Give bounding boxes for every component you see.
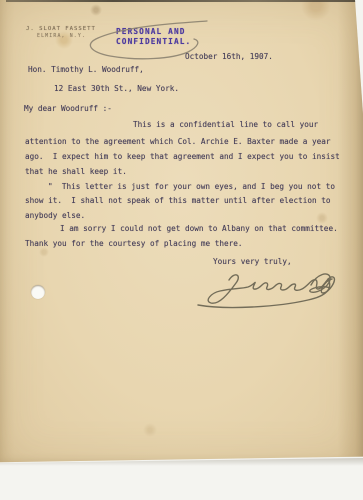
closing: Yours very truly, [213,257,292,267]
body-line: " This letter is just for your own eyes,… [48,182,335,192]
scanned-letter-page: J. SLOAT FASSETT ELMIRA, N.Y. PERSONAL A… [0,0,363,500]
signature [193,270,341,312]
body-line: that he shall keep it. [25,167,127,177]
letter-paper: J. SLOAT FASSETT ELMIRA, N.Y. PERSONAL A… [0,0,363,465]
recipient-name-line: Hon. Timothy L. Woodruff, [28,65,144,75]
body-line: This is a confidential line to call your [133,120,318,130]
scan-top-edge [6,0,363,2]
letterhead-location: ELMIRA, N.Y. [37,34,86,39]
punch-hole [31,285,45,299]
body-line: Thank you for the courtesy of placing me… [25,239,243,249]
salutation: My dear Woodruff :- [24,104,112,114]
recipient-address-line: 12 East 30th St., New York. [54,84,179,94]
body-line: I am sorry I could not get down to Alban… [60,224,338,234]
body-line: ago. I expect him to keep that agreement… [25,152,340,162]
body-line: attention to the agreement which Col. Ar… [25,137,330,147]
body-line: anybody else. [25,211,85,221]
body-line: show it. I shall not speak of this matte… [25,196,330,206]
date-line: October 16th, 1907. [185,52,273,62]
